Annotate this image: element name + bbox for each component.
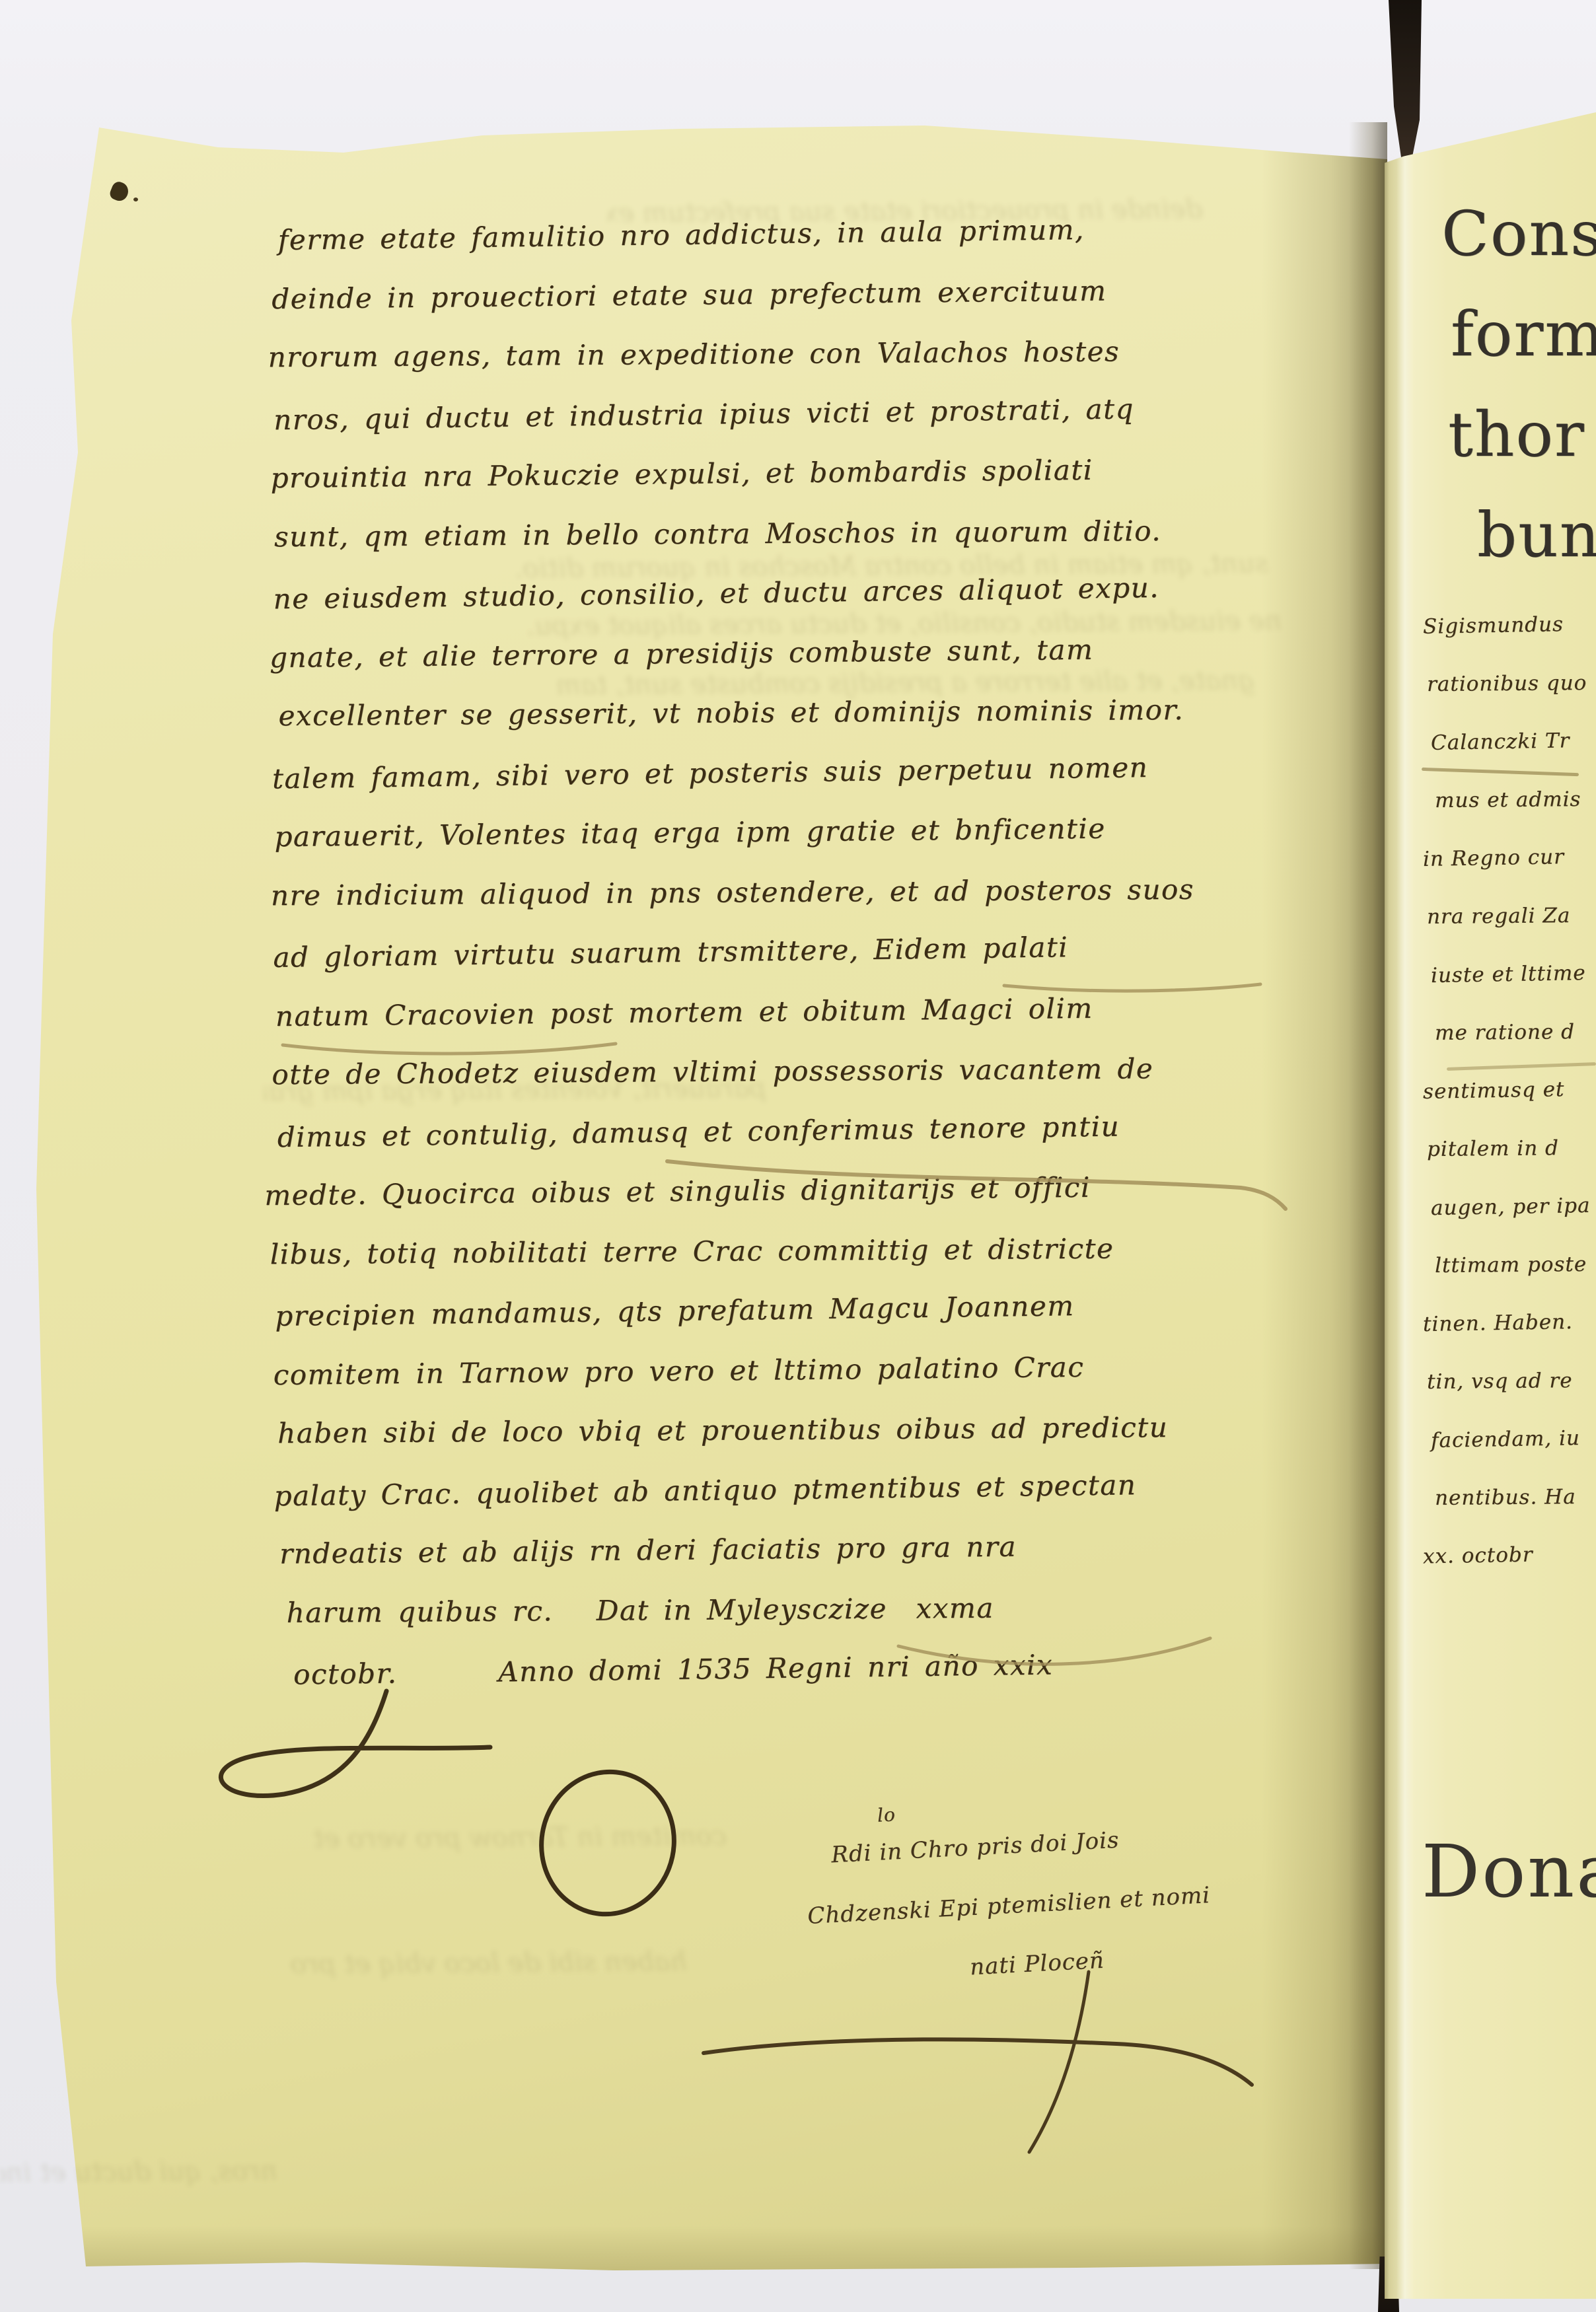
signature-line: nati Ploceñ (969, 1949, 1105, 1979)
right-page-line: tinen. Haben. (1423, 1312, 1573, 1335)
manuscript-line: dimus et contulig, damusq et conferimus … (277, 1112, 1120, 1151)
right-page-line: Sigismundus (1423, 614, 1564, 637)
manuscript-line: medte. Quocirca oibus et singulis dignit… (264, 1174, 1091, 1210)
binding-gutter-shadow (1349, 122, 1387, 2269)
right-page-heading-line: thor C (1448, 404, 1596, 466)
manuscript-line: ne eiusdem studio, consilio, et ductu ar… (273, 574, 1159, 614)
right-page-line: Calanczki Tr (1431, 731, 1570, 754)
signature-mark: lo (877, 1805, 896, 1824)
manuscript-line: octobr. Anno domi 1535 Regni nri año xxi… (293, 1651, 1053, 1688)
manuscript-line: comitem in Tarnow pro vero et lttimo pal… (273, 1354, 1085, 1389)
underline-ratione (1447, 1062, 1596, 1071)
right-page-heading-line: Conser (1441, 203, 1596, 266)
manuscript-line: harum quibus rc. Dat in Myleysczize xxma (286, 1595, 994, 1627)
manuscript-line: talem famam, sibi vero et posteris suis … (272, 754, 1149, 793)
fold-highlight (1396, 99, 1414, 2299)
manuscript-line: ad gloriam virtutu suarum trsmittere, Ei… (273, 933, 1068, 972)
manuscript-line: nros, qui ductu et industria ipius victi… (273, 395, 1134, 434)
right-page-footer-heading: Donatio (1422, 1835, 1596, 1908)
manuscript-line: parauerit, Volentes itaq erga ipm gratie… (274, 815, 1106, 851)
right-page-line: pitalem in d (1427, 1138, 1559, 1160)
right-page-line: faciendam, iu (1431, 1428, 1580, 1451)
manuscript-line: prouintia nra Pokuczie expulsi, et bomba… (270, 456, 1093, 492)
manuscript-line: haben sibi de loco vbiq et prouentibus o… (277, 1414, 1168, 1447)
manuscript-page-right: Conserformathor Cbuno Sigismundusrationi… (1385, 99, 1596, 2299)
manuscript-line: deinde in prouectiori etate sua prefectu… (272, 277, 1107, 314)
manuscript-line: nrorum agens, tam in expeditione con Val… (268, 338, 1120, 371)
manuscript-line: ferme etate famulitio nro addictus, in a… (277, 216, 1085, 254)
right-page-heading-line: buno (1477, 505, 1596, 567)
scanned-book-spread: deinde in prouectiori etate sua prefectu… (0, 0, 1596, 2312)
right-page-line: tin, vsq ad re (1427, 1371, 1573, 1392)
right-page-line: rationibus quo (1427, 673, 1587, 695)
right-page-line: nentibus. Ha (1435, 1487, 1576, 1509)
right-page-line: iuste et lttime (1431, 963, 1586, 986)
manuscript-line: excellenter se gesserit, vt nobis et dom… (278, 696, 1184, 730)
right-page-line: xx. octobr (1423, 1545, 1533, 1568)
manuscript-line: gnate, et alie terrore a presidijs combu… (270, 636, 1094, 672)
right-page-line: sentimusq et (1423, 1079, 1565, 1102)
right-page-line: augen, per ipa (1431, 1196, 1591, 1219)
manuscript-line: otte de Chodetz eiusdem vltimi possessor… (272, 1055, 1153, 1089)
underline-calanczki (1422, 768, 1579, 776)
right-page-line: nra regali Za (1427, 906, 1571, 927)
manuscript-line: precipien mandamus, qts prefatum Magcu J… (275, 1292, 1075, 1330)
right-page-line: in Regno cur (1423, 847, 1564, 870)
right-page-line: me ratione d (1435, 1022, 1575, 1044)
manuscript-line: rndeatis et ab alijs rn deri faciatis pr… (279, 1533, 1017, 1568)
manuscript-line: natum Cracovien post mortem et obitum Ma… (275, 995, 1093, 1030)
right-page-heading-line: forma (1451, 304, 1596, 366)
manuscript-line: sunt, qm etiam in bello contra Moschos i… (274, 517, 1161, 551)
right-page-line: lttimam poste (1435, 1254, 1587, 1276)
manuscript-line: palaty Crac. quolibet ab antiquo ptmenti… (273, 1471, 1136, 1510)
manuscript-line: libus, totiq nobilitati terre Crac commi… (270, 1235, 1114, 1268)
manuscript-line: nre indicium aliquod in pns ostendere, e… (271, 876, 1194, 910)
right-page-line: mus et admis (1435, 789, 1581, 811)
